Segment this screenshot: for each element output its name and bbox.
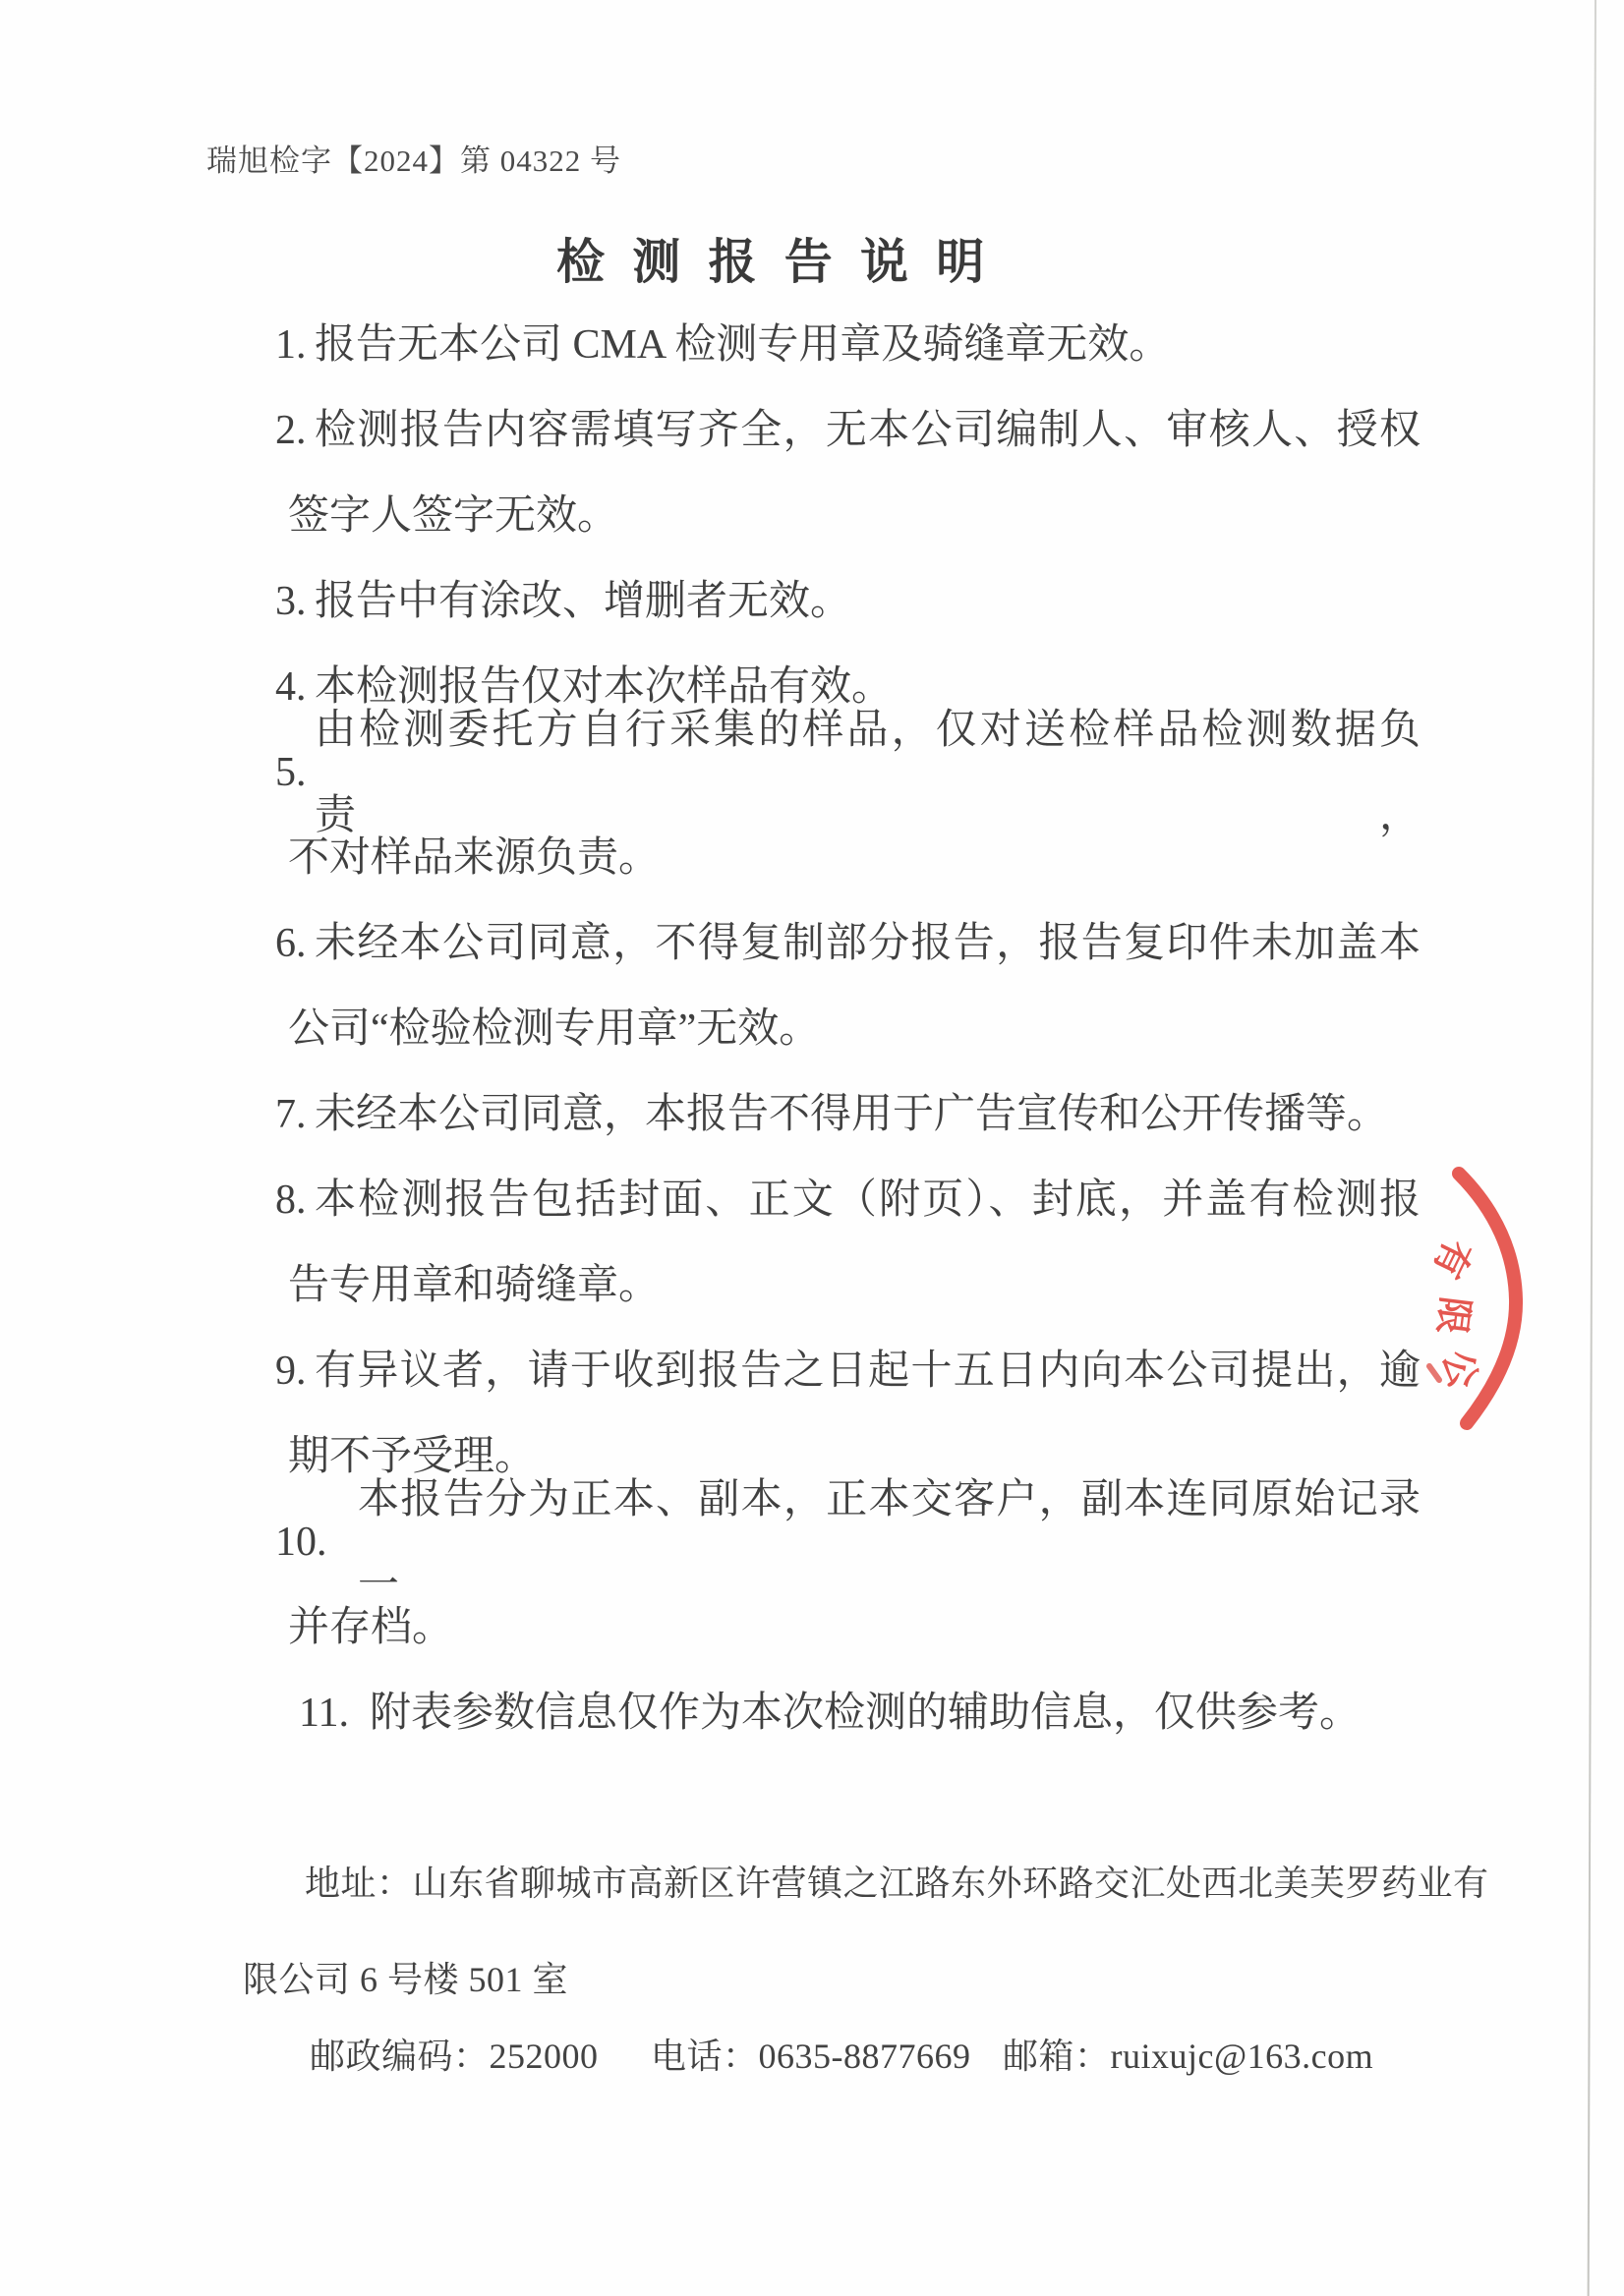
note-text: 签字人签字无效。 xyxy=(288,474,618,559)
note-item-3: 3.报告中有涂改、增删者无效。 xyxy=(275,559,1421,645)
note-text: 报告中有涂改、增删者无效。 xyxy=(315,559,851,645)
postal-code: 邮政编码：252000 xyxy=(310,2029,599,2079)
stamp-character: 限 xyxy=(1429,1294,1475,1337)
scanner-edge-line xyxy=(1588,0,1596,2296)
note-text: 未经本公司同意，不得复制部分报告，报告复印件未加盖本 xyxy=(315,901,1421,987)
page-title: 检 测 报 告 说 明 xyxy=(556,224,986,293)
note-number: 10. xyxy=(275,1500,358,1585)
note-number: 8. xyxy=(275,1158,315,1243)
note-number: 3. xyxy=(275,559,315,645)
note-item-6-cont: 公司“检验检测专用章”无效。 xyxy=(275,987,1421,1072)
note-item-8: 8.本检测报告包括封面、正文（附页）、封底，并盖有检测报 xyxy=(275,1158,1421,1243)
note-text: 检测报告内容需填写齐全，无本公司编制人、审核人、授权 xyxy=(315,388,1421,474)
red-riding-seal-stamp: 有 限 公 xyxy=(1423,1158,1541,1443)
note-text: 未经本公司同意，本报告不得用于广告宣传和公开传播等。 xyxy=(315,1072,1388,1158)
note-number: 9. xyxy=(275,1329,315,1414)
note-item-1: 1.报告无本公司 CMA 检测专用章及骑缝章无效。 xyxy=(275,303,1421,388)
note-item-10: 10.本报告分为正本、副本，正本交客户，副本连同原始记录一 xyxy=(275,1500,1421,1585)
note-text: 公司“检验检测专用章”无效。 xyxy=(288,987,820,1072)
note-item-2: 2.检测报告内容需填写齐全，无本公司编制人、审核人、授权 xyxy=(275,388,1421,474)
notes-list: 1.报告无本公司 CMA 检测专用章及骑缝章无效。2.检测报告内容需填写齐全，无… xyxy=(275,303,1421,1756)
note-item-6: 6.未经本公司同意，不得复制部分报告，报告复印件未加盖本 xyxy=(275,901,1421,987)
note-text: 并存档。 xyxy=(288,1585,453,1671)
note-text: 报告无本公司 CMA 检测专用章及骑缝章无效。 xyxy=(315,303,1170,388)
note-text: 不对样品来源负责。 xyxy=(288,816,660,901)
stamp-character: 有 xyxy=(1424,1233,1478,1285)
note-number: 5. xyxy=(275,730,315,816)
document-number: 瑞旭检字【2024】第 04322 号 xyxy=(206,136,621,180)
note-item-9: 9.有异议者，请于收到报告之日起十五日内向本公司提出，逾 xyxy=(275,1329,1421,1414)
note-text: 告专用章和骑缝章。 xyxy=(288,1243,660,1329)
note-number: 4. xyxy=(275,645,315,730)
note-number: 2. xyxy=(275,388,315,474)
address-line-2: 限公司 6 号楼 501 室 xyxy=(243,1952,568,2002)
contact-row: 邮政编码：252000 电话：0635-8877669 邮箱：ruixujc@1… xyxy=(0,2029,1624,2088)
report-notes-page: 瑞旭检字【2024】第 04322 号 检 测 报 告 说 明 1.报告无本公司… xyxy=(0,0,1624,2296)
note-text: 本报告分为正本、副本，正本交客户，副本连同原始记录一 xyxy=(358,1458,1421,1629)
email-address: 邮箱：ruixujc@163.com xyxy=(1003,2029,1373,2079)
note-number: 6. xyxy=(275,901,315,987)
address-line-1: 地址：山东省聊城市高新区许营镇之江路东外环路交汇处西北美芙罗药业有 xyxy=(305,1856,1489,1906)
note-item-7: 7.未经本公司同意，本报告不得用于广告宣传和公开传播等。 xyxy=(275,1072,1421,1158)
note-number: 7. xyxy=(275,1072,315,1158)
stamp-character: 公 xyxy=(1434,1347,1483,1393)
note-item-11: 11.附表参数信息仅作为本次检测的辅助信息，仅供参考。 xyxy=(275,1671,1421,1756)
note-text: 有异议者，请于收到报告之日起十五日内向本公司提出，逾 xyxy=(315,1329,1421,1414)
note-number: 11. xyxy=(299,1671,370,1756)
note-item-5: 5.由检测委托方自行采集的样品，仅对送检样品检测数据负责， xyxy=(275,730,1421,816)
note-item-8-cont: 告专用章和骑缝章。 xyxy=(275,1243,1421,1329)
note-number: 1. xyxy=(275,303,315,388)
note-text: 附表参数信息仅作为本次检测的辅助信息，仅供参考。 xyxy=(370,1671,1361,1756)
phone-number: 电话：0635-8877669 xyxy=(651,2029,971,2079)
note-text: 本检测报告包括封面、正文（附页）、封底，并盖有检测报 xyxy=(315,1158,1421,1243)
note-item-2-cont: 签字人签字无效。 xyxy=(275,474,1421,559)
